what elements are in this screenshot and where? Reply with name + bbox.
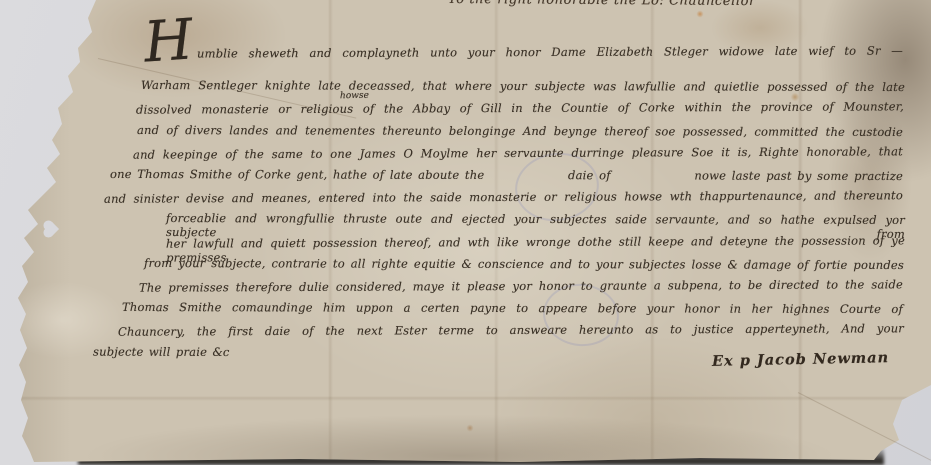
petition-line: and keepinge of the same to one James O … (133, 144, 903, 163)
petition-line: forceablie and wrongfullie thruste oute … (166, 211, 905, 229)
initial-capital: H (142, 12, 195, 71)
manuscript-photo: To the right honorable the Lo: Chauncell… (0, 0, 931, 465)
petition-line: Warham Sentleger knighte late deceassed,… (141, 78, 905, 96)
petition-line: one Thomas Smithe of Corke gent, hathe o… (110, 167, 903, 185)
interlined-word: howse (340, 91, 369, 102)
petition-line: The premisses therefore dulie considered… (139, 277, 903, 296)
petition-line: Thomas Smithe comaundinge him uppon a ce… (122, 300, 903, 318)
petition-line: and of divers landes and tenementes ther… (137, 123, 903, 141)
petition-line: Chauncery, the first daie of the next Es… (118, 321, 904, 340)
petition-line: from your subjecte, contrarie to all rig… (144, 256, 904, 274)
petition-line: subjecte will praie &c (93, 345, 393, 362)
petition-line: umblie sheweth and complayneth unto your… (197, 43, 903, 62)
petition-line: dissolved monasterie or religious of the… (136, 99, 904, 118)
petition-line: her lawfull and quiett possession thereo… (166, 233, 905, 252)
